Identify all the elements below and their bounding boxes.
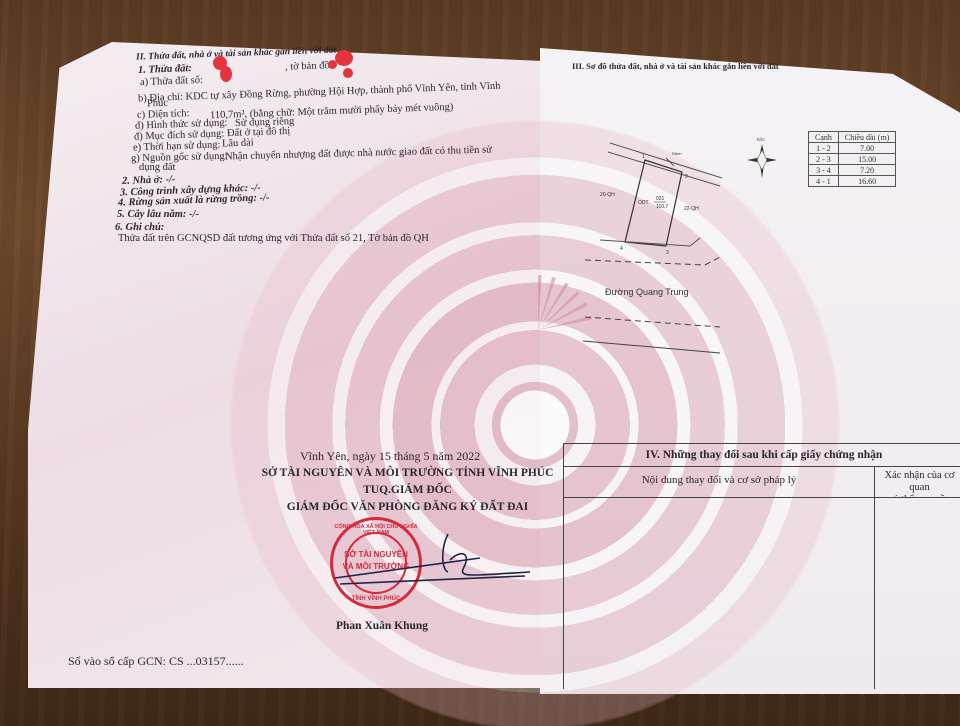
authority-office: GIÁM ĐỐC VĂN PHÒNG ĐĂNG KÝ ĐẤT ĐAI [250, 501, 565, 513]
land-code-label: ODT [638, 200, 649, 206]
length-cell: 7.20 [838, 165, 895, 176]
corner-1-label: 1 [642, 154, 645, 160]
origin-cont: dụng đất [139, 162, 175, 174]
neighbor-right-label: 22-QH [684, 206, 699, 212]
authority-department: SỞ TÀI NGUYÊN VÀ MÔI TRƯỜNG TỈNH VĨNH PH… [250, 467, 565, 479]
corner-4-label: 4 [620, 246, 623, 252]
edge-cell: 4 - 1 [809, 176, 839, 187]
registry-number: Số vào sổ cấp GCN: CS ...03157...... [68, 655, 244, 667]
redaction-mark [335, 50, 353, 66]
edge-cell: 3 - 4 [809, 165, 839, 176]
north-compass-icon: BẮC [745, 136, 779, 180]
confirmation-header-line1: Xác nhận của cơ quan [875, 470, 960, 494]
stamp-bottom-text: TỈNH VĨNH PHÚC [333, 596, 419, 602]
item-5-perennial: 5. Cây lâu năm: -/- [117, 209, 199, 221]
handwritten-signature [330, 530, 530, 590]
corner-2-label: 2 [685, 174, 688, 180]
length-header: Chiều dài (m) [838, 132, 895, 143]
issue-date: Vĩnh Yên, ngày 15 tháng 5 năm 2022 [300, 450, 480, 462]
plot-top-label: Rãnh [672, 151, 682, 156]
column-divider [874, 497, 875, 689]
usage-term-value: Lâu dài [222, 137, 254, 150]
changes-column-header: Nội dung thay đổi và cơ sở pháp lý [564, 467, 875, 497]
road-name-label: Đường Quang Trung [605, 287, 688, 297]
parcel-number: 021 [656, 196, 665, 202]
parcel-number-label: a) Thửa đất số: [140, 75, 203, 89]
parcel-area: 110.7 [656, 204, 668, 210]
section-iv-title: IV. Những thay đổi sau khi cấp giấy chứn… [564, 444, 960, 467]
redaction-mark [343, 68, 353, 78]
confirmation-column-header: Xác nhận của cơ quan có thẩm quyền [875, 467, 960, 497]
section-iii-title: III. Sơ đồ thửa đất, nhà ở và tài sản kh… [572, 60, 779, 72]
notes-text: Thửa đất trên GCNQSD đất tương ứng với T… [118, 233, 429, 245]
map-sheet-label: , tờ bản đồ [285, 60, 330, 74]
section-iv-changes-table: IV. Những thay đổi sau khi cấp giấy chứn… [563, 443, 960, 689]
confirmation-header-line2: có thẩm quyền [875, 494, 960, 497]
redaction-mark [220, 66, 232, 82]
edge-length-table: CạnhChiều dài (m) 1 - 27.00 2 - 315.00 3… [808, 131, 896, 187]
edge-cell: 2 - 3 [809, 154, 839, 165]
authority-delegation: TUQ.GIÁM ĐỐC [250, 484, 565, 496]
parcel-diagram: Rãnh 1 2 3 4 20-QH 22-QH ODT 021 110.7 [600, 138, 740, 263]
redaction-mark [328, 60, 337, 69]
edge-header: Cạnh [809, 132, 839, 143]
length-cell: 15.00 [838, 154, 895, 165]
edge-cell: 1 - 2 [809, 143, 839, 154]
road-lines [580, 255, 730, 355]
neighbor-left-label: 20-QH [600, 192, 615, 198]
length-cell: 7.00 [838, 143, 895, 154]
signer-name: Phan Xuân Khung [336, 620, 428, 632]
svg-text:BẮC: BẮC [757, 136, 766, 142]
drum-star-watermark [483, 275, 593, 385]
length-cell: 16.60 [838, 176, 895, 187]
